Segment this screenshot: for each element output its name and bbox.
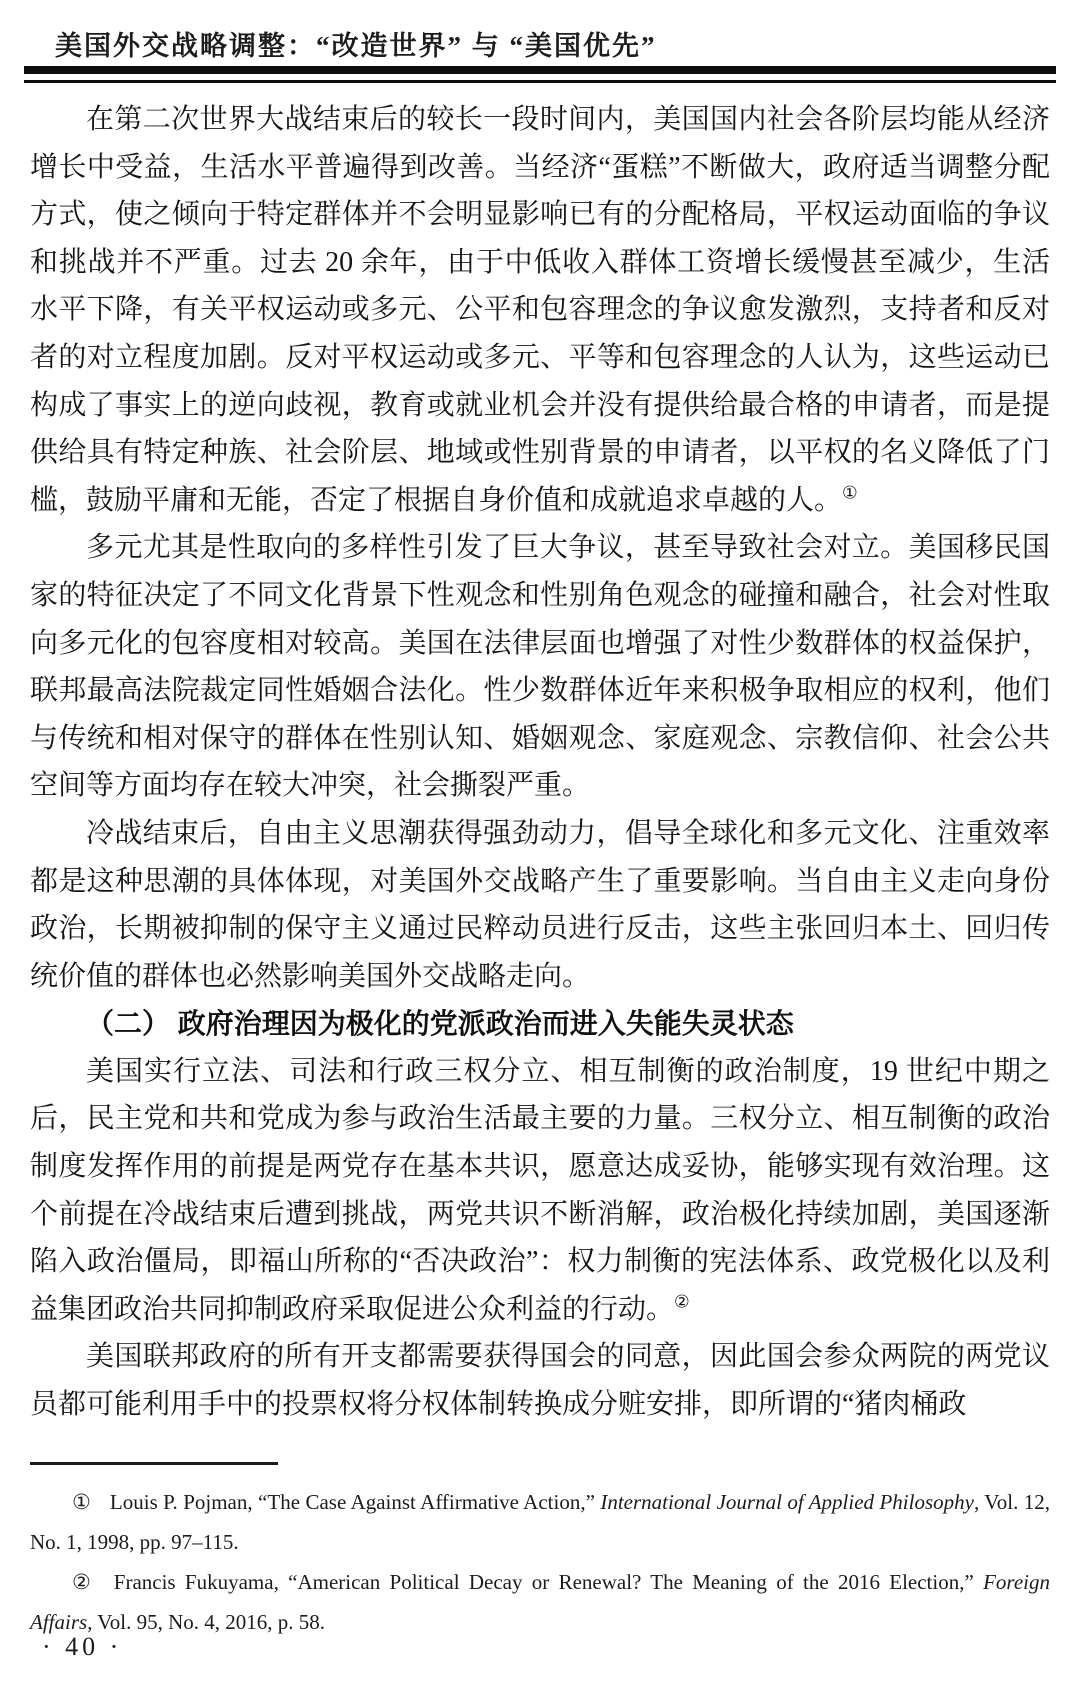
paragraph-1: 在第二次世界大战结束后的较长一段时间内，美国国内社会各阶层均能从经济增长中受益，…: [30, 96, 1050, 524]
footnote-2-text-before: Francis Fukuyama, “American Political De…: [114, 1570, 983, 1594]
paragraph-1-text: 在第二次世界大战结束后的较长一段时间内，美国国内社会各阶层均能从经济增长中受益，…: [30, 104, 1050, 516]
journal-page: 美国外交战略调整：“改造世界” 与 “美国优先” 在第二次世界大战结束后的较长一…: [0, 0, 1080, 1689]
section-heading: （二） 政府治理因为极化的党派政治而进入失能失灵状态: [30, 1000, 1050, 1048]
footnote-1-marker: ①: [72, 1490, 91, 1514]
footnote-separator-rule: [30, 1462, 278, 1465]
paragraph-2-text: 多元尤其是性取向的多样性引发了巨大争议，甚至导致社会对立。美国移民国家的特征决定…: [30, 532, 1050, 801]
footnote-ref-1: ①: [842, 483, 858, 502]
paragraph-4-text: 美国实行立法、司法和行政三权分立、相互制衡的政治制度，19 世纪中期之后，民主党…: [30, 1056, 1050, 1325]
paragraph-5-text: 美国联邦政府的所有开支都需要获得国会的同意，因此国会参众两院的两党议员都可能利用…: [30, 1341, 1050, 1420]
header-rule-thick: [24, 66, 1056, 74]
paragraph-2: 多元尤其是性取向的多样性引发了巨大争议，甚至导致社会对立。美国移民国家的特征决定…: [30, 524, 1050, 810]
footnote-2: ②Francis Fukuyama, “American Political D…: [30, 1562, 1050, 1642]
article-body: 在第二次世界大战结束后的较长一段时间内，美国国内社会各阶层均能从经济增长中受益，…: [30, 96, 1050, 1429]
page-number: · 40 ·: [42, 1632, 122, 1662]
footnote-1-journal-title: International Journal of Applied Philoso…: [600, 1490, 974, 1514]
footnote-2-marker: ②: [72, 1570, 95, 1594]
footnote-1: ①Louis P. Pojman, “The Case Against Affi…: [30, 1482, 1050, 1562]
header-rule-thin: [24, 80, 1056, 83]
footnote-ref-2: ②: [674, 1293, 690, 1312]
paragraph-3-text: 冷战结束后，自由主义思潮获得强劲动力，倡导全球化和多元文化、注重效率都是这种思潮…: [30, 818, 1050, 992]
paragraph-5: 美国联邦政府的所有开支都需要获得国会的同意，因此国会参众两院的两党议员都可能利用…: [30, 1333, 1050, 1428]
running-header-title: 美国外交战略调整：“改造世界” 与 “美国优先”: [55, 24, 657, 63]
footnotes-block: ①Louis P. Pojman, “The Case Against Affi…: [30, 1482, 1050, 1642]
footnote-2-text-after: , Vol. 95, No. 4, 2016, p. 58.: [87, 1610, 325, 1634]
paragraph-4: 美国实行立法、司法和行政三权分立、相互制衡的政治制度，19 世纪中期之后，民主党…: [30, 1048, 1050, 1334]
paragraph-3: 冷战结束后，自由主义思潮获得强劲动力，倡导全球化和多元文化、注重效率都是这种思潮…: [30, 810, 1050, 1000]
footnote-1-text-before: Louis P. Pojman, “The Case Against Affir…: [110, 1490, 600, 1514]
